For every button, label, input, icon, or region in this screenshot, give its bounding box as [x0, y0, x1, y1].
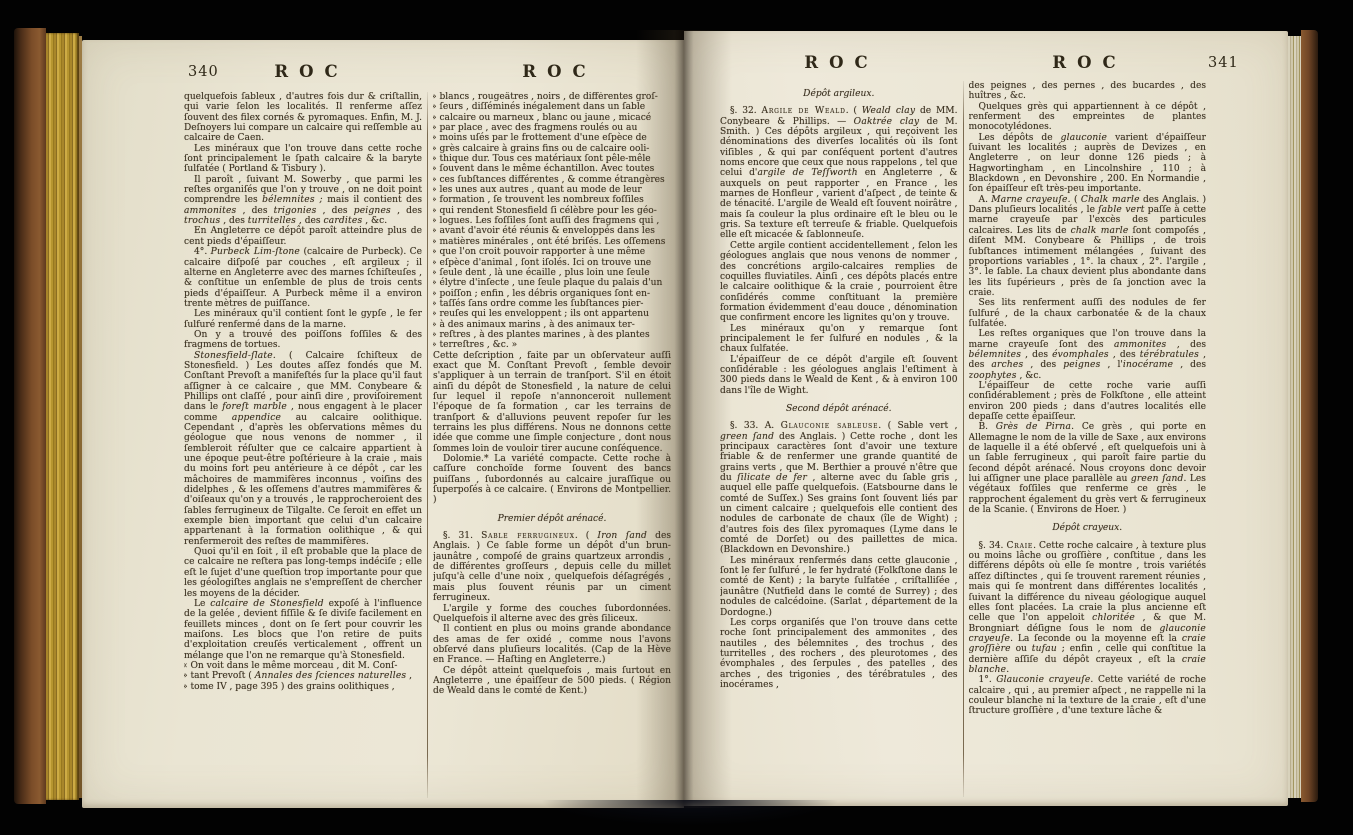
paragraph: Cette argile contient accidentellement ,…	[720, 241, 958, 324]
left-page: 340 ROC ROC quelquefois ſableux , d'autr…	[82, 40, 684, 808]
paragraph: Cette deſcription , faite par un obſerva…	[433, 351, 671, 454]
section-heading: Premier dépôt arénacé.	[433, 514, 671, 524]
quote-line: » avant d'avoir été réunis & enveloppés …	[433, 226, 671, 236]
quote-line: » par place , avec des fragmens roulés o…	[433, 123, 671, 133]
paragraph: Quelques grès qui appartiennent à ce dép…	[969, 102, 1207, 133]
book-cover-left	[14, 28, 46, 804]
paragraph: 1°. Glauconie crayeuſe. Cette variété de…	[969, 675, 1207, 716]
quote-line: » eſpèce d'animal , ſont iſolés. Ici on …	[433, 258, 671, 268]
quote-line: » tome IV , page 395 ) des grains oolith…	[184, 682, 422, 692]
column-divider	[963, 81, 964, 797]
section-heading: Second dépôt arénacé.	[720, 404, 958, 414]
paragraph: Les corps organiſés que l'on trouve dans…	[720, 618, 958, 690]
right-page-column-2: des peignes , des pernes , des bucardes …	[969, 81, 1207, 797]
quote-line: » taſſés ſans ordre comme les ſubſtances…	[433, 299, 671, 309]
paragraph: Les reſtes organiques que l'on trouve da…	[969, 329, 1207, 381]
gilt-page-edges-left	[46, 33, 79, 800]
paragraph: Les minéraux renfermés dans cette glauco…	[720, 556, 958, 618]
column-divider	[427, 92, 428, 798]
quote-line: » matières minérales , ont été briſés. L…	[433, 237, 671, 247]
quote-line: » reuſes qui les enveloppent ; ils ont a…	[433, 309, 671, 319]
section-heading: Dépôt argileux.	[720, 89, 958, 99]
right-page-header: ROC ROC 341	[684, 53, 1288, 79]
paragraph: Les minéraux que l'on trouve dans cette …	[184, 144, 422, 175]
paragraph: Il paroît , ſuivant M. Sowerby , que par…	[184, 175, 422, 227]
quote-line: » calcaire ou marneux , blanc ou jaune ,…	[433, 113, 671, 123]
quote-line: » blancs , rougeâtres , noirs , de diffé…	[433, 92, 671, 102]
running-head-left-1: ROC	[186, 62, 426, 81]
paragraph: 4°. Purbeck Lim-ſtone (calcaire de Purbe…	[184, 247, 422, 309]
quote-line: » que l'on croit pouvoir rapporter à une…	[433, 247, 671, 257]
quote-line: » formation , ſe trouvent les nombreux f…	[433, 195, 671, 205]
paragraph: L'épaiſſeur de cette roche varie auſſi c…	[969, 381, 1207, 422]
quote-line: » grès calcaire à grains fins ou de calc…	[433, 144, 671, 154]
paragraph: Quoi qu'il en ſoit , il eſt probable que…	[184, 547, 422, 599]
paragraph: §. 34. Craie. Cette roche calcaire , à t…	[969, 541, 1207, 675]
left-page-columns: quelquefois ſableux , d'autres fois dur …	[184, 92, 672, 798]
gilt-page-edges-right	[1288, 36, 1301, 798]
quote-line: » moins uſés par le frottement d'une eſp…	[433, 133, 671, 143]
running-head-right-2: ROC	[964, 53, 1204, 72]
paragraph: B. Grès de Pirna. Ce grès , qui porte en…	[969, 422, 1207, 515]
paragraph: En Angleterre ce dépôt paroît atteindre …	[184, 226, 422, 247]
page-number-right: 341	[1208, 55, 1239, 71]
quote-line: » ſeurs , diſſéminés inégalement dans un…	[433, 102, 671, 112]
quote-line: « On voit dans le même morceau , dit M. …	[184, 661, 422, 671]
quote-line: » poiſſon ; enfin , les débris organique…	[433, 289, 671, 299]
paragraph: L'argile y forme des couches ſubordonnée…	[433, 604, 671, 625]
quote-line: » élytre d'inſecte , une ſeule plaque du…	[433, 278, 671, 288]
quote-line: » les unes aux autres , quant au mode de…	[433, 185, 671, 195]
paragraph: §. 33. A. Glauconie sableuse. ( Sable ve…	[720, 421, 958, 555]
quote-line: » ces ſubſtances différentes , & comme é…	[433, 175, 671, 185]
quote-line: » à des animaux marins , à des animaux t…	[433, 320, 671, 330]
quote-line: » ſeule dent , là une écaille , plus loi…	[433, 268, 671, 278]
paragraph: On y a trouvé des poiſſons foſſiles & de…	[184, 330, 422, 351]
right-page: ROC ROC 341 Dépôt argileux.§. 32. Argile…	[684, 31, 1288, 806]
paragraph: Les dépôts de glauconie varient d'épaiſſ…	[969, 133, 1207, 195]
quote-line: » thique dur. Tous ces matériaux ſont pê…	[433, 154, 671, 164]
right-page-columns: Dépôt argileux.§. 32. Argile de Weald. (…	[720, 81, 1206, 797]
paragraph: des peignes , des pernes , des bucardes …	[969, 81, 1207, 102]
paragraph: A. Marne crayeuſe. ( Chalk marle des Ang…	[969, 195, 1207, 298]
quote-line: » ſouvent dans le même échantillon. Avec…	[433, 164, 671, 174]
paragraph: Il contient en plus ou moins grande abon…	[433, 624, 671, 665]
paragraph: Ses lits renferment auſſi des nodules de…	[969, 298, 1207, 329]
paragraph: §. 32. Argile de Weald. ( Weald clay de …	[720, 106, 958, 240]
quote-line: » tant Prevoſt ( Annales des ſciences na…	[184, 671, 422, 681]
paragraph: §. 31. Sable ferrugineux. ( Iron ſand de…	[433, 531, 671, 603]
book-scan-photo: 340 ROC ROC quelquefois ſableux , d'autr…	[0, 0, 1353, 835]
paragraph: Ce dépôt atteint quelquefois , mais ſurt…	[433, 666, 671, 697]
section-heading: Dépôt crayeux.	[969, 523, 1207, 533]
paragraph: Le calcaire de Stonesfield expoſé à l'in…	[184, 599, 422, 661]
running-head-left-2: ROC	[434, 62, 674, 81]
paragraph: L'épaiſſeur de ce dépôt d'argile eſt ſou…	[720, 355, 958, 396]
paragraph: quelquefois ſableux , d'autres fois dur …	[184, 92, 422, 144]
paragraph: Stonesfield-ſlate. ( Calcaire ſchiſteux …	[184, 351, 422, 548]
running-head-right-1: ROC	[716, 53, 956, 72]
left-page-header: 340 ROC ROC	[82, 62, 684, 88]
right-page-column-1: Dépôt argileux.§. 32. Argile de Weald. (…	[720, 81, 958, 797]
quote-line: » logues. Les foſſiles ſont auſſi des fr…	[433, 216, 671, 226]
paragraph: Les minéraux qu'il contient ſont le gypſ…	[184, 309, 422, 330]
paragraph: Dolomie.* La variété compacte. Cette roc…	[433, 454, 671, 506]
paragraph: Les minéraux qu'on y remarque ſont princ…	[720, 324, 958, 355]
quote-line: » qui rendent Stonesfield ſi célèbre pou…	[433, 206, 671, 216]
left-page-column-2: » blancs , rougeâtres , noirs , de diffé…	[433, 92, 671, 798]
quote-line: » terreſtres , &c. »	[433, 340, 671, 350]
book-cover-right	[1301, 30, 1318, 802]
quote-line: » reſtres , à des plantes marines , à de…	[433, 330, 671, 340]
left-page-column-1: quelquefois ſableux , d'autres fois dur …	[184, 92, 422, 798]
